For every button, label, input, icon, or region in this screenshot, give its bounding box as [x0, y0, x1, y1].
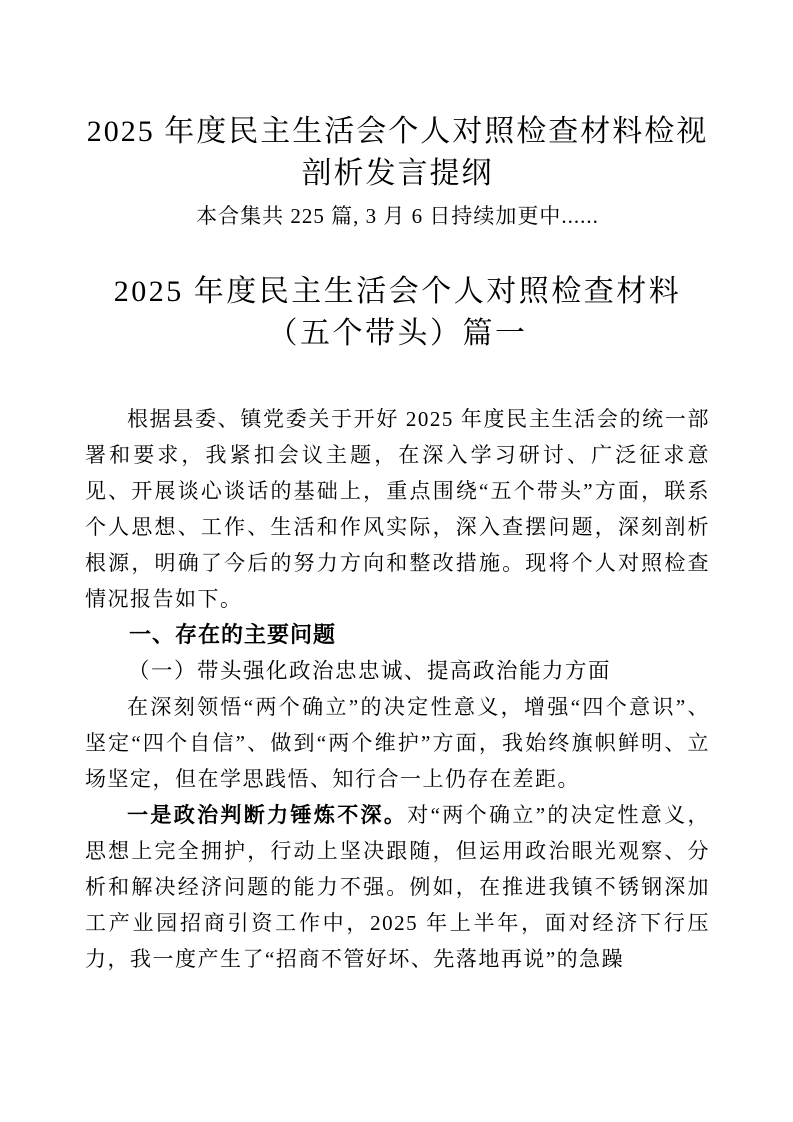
article-body: 根据县委、镇党委关于开好 2025 年度民主生活会的统一部署和要求，我紧扣会议主… — [85, 401, 710, 977]
body-paragraph-2: 一是政治判断力锤炼不深。对“两个确立”的决定性意义，思想上完全拥护，行动上坚决跟… — [85, 797, 710, 977]
subsection-heading: （一）带头强化政治忠忠诚、提高政治能力方面 — [85, 653, 710, 689]
document-page: 2025 年度民主生活会个人对照检查材料检视剖析发言提纲 本合集共 225 篇,… — [0, 0, 793, 1122]
article-title: 2025 年度民主生活会个人对照检查材料（五个带头）篇一 — [85, 271, 710, 355]
intro-paragraph: 根据县委、镇党委关于开好 2025 年度民主生活会的统一部署和要求，我紧扣会议主… — [85, 401, 710, 617]
section-heading: 一、存在的主要问题 — [85, 617, 710, 653]
collection-title: 2025 年度民主生活会个人对照检查材料检视剖析发言提纲 — [85, 111, 710, 195]
body-paragraph-1: 在深刻领悟“两个确立”的决定性意义，增强“四个意识”、坚定“四个自信”、做到“两… — [85, 689, 710, 797]
paragraph-lead: 一是政治判断力锤炼不深。 — [127, 803, 407, 827]
paragraph-rest: 对“两个确立”的决定性意义，思想上完全拥护，行动上坚决跟随，但运用政治眼光观察、… — [85, 803, 710, 971]
collection-note: 本合集共 225 篇, 3 月 6 日持续加更中...... — [85, 201, 710, 231]
